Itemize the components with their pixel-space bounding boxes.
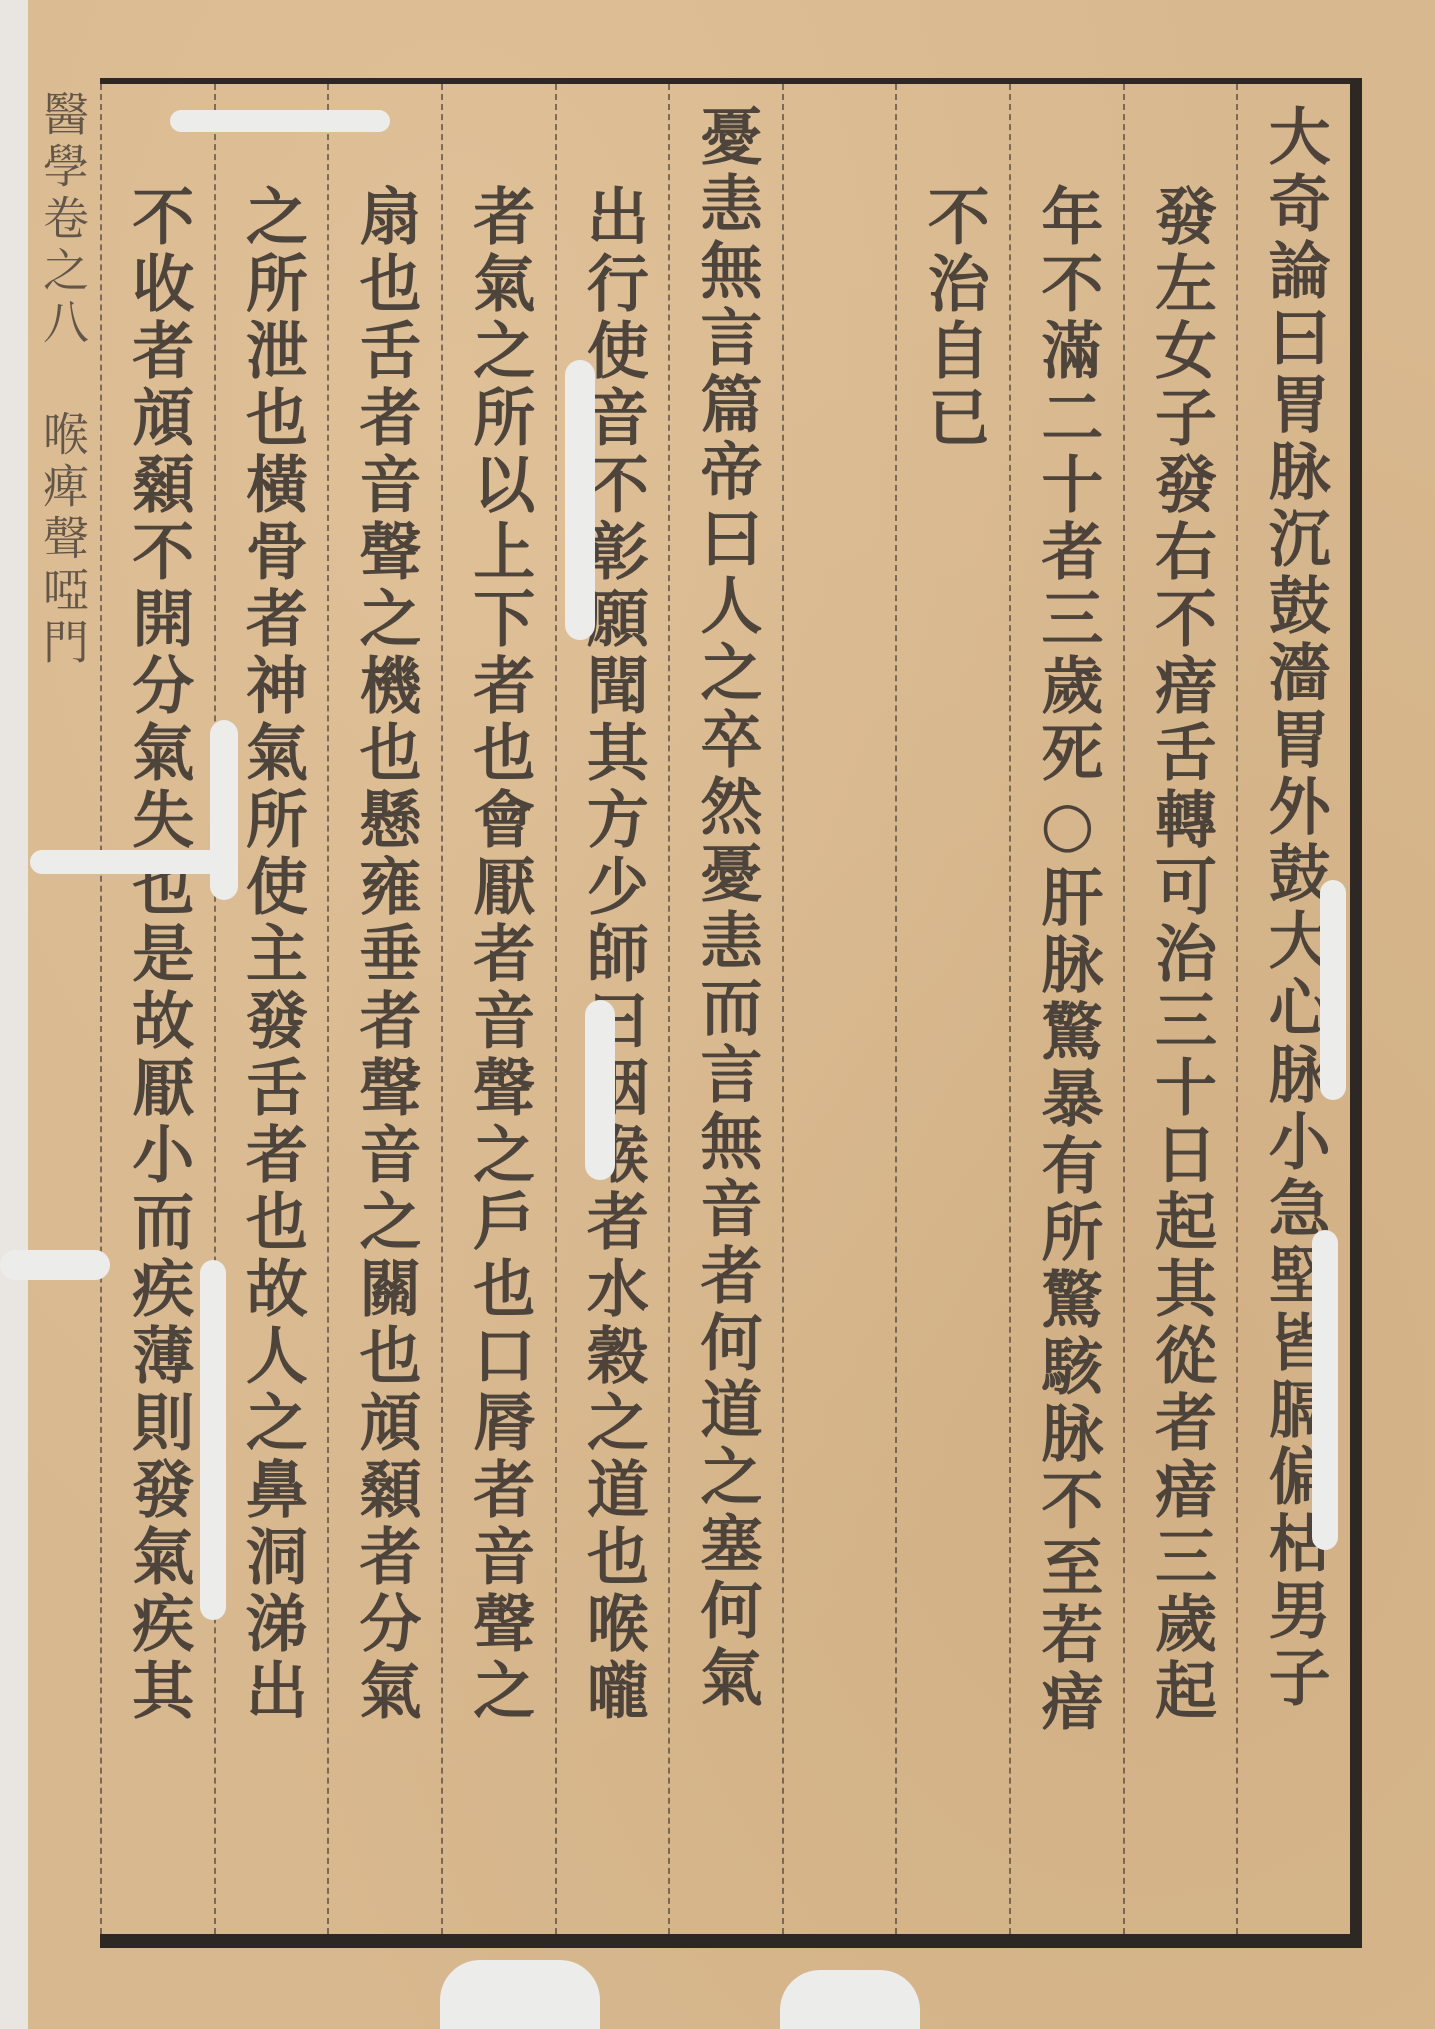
text-column-11: 不收者頏顙不開分氣失也是故厭小而疾薄則發氣疾其	[100, 84, 214, 1934]
paper-damage	[210, 720, 238, 900]
column-text: 發左女子發右不瘖舌轉可治三十日起其從者瘖三歲起	[1150, 104, 1212, 1934]
paper-damage	[585, 1000, 615, 1180]
text-column-10: 之所泄也橫骨者神氣所使主發舌者也故人之鼻洞涕出	[214, 84, 328, 1934]
column-text: 大奇論曰胃脉沉鼓濇胃外鼓大心脉小急堅皆膈偏枯男子	[1263, 104, 1325, 1934]
paper-damage	[0, 1250, 110, 1280]
column-text: 憂恚無言篇帝曰人之卒然憂恚而言無音者何道之塞何氣	[695, 104, 757, 1934]
column-text: 年不滿二十者三歲死○肝脉驚暴有所驚駭脉不至若瘖	[1036, 104, 1098, 1934]
paper-damage	[30, 850, 230, 874]
column-text: 扇也舌者音聲之機也懸雍垂者聲音之關也頏顙者分氣	[354, 104, 416, 1934]
text-column-6: 憂恚無言篇帝曰人之卒然憂恚而言無音者何道之塞何氣	[668, 84, 782, 1934]
column-text: 之所泄也橫骨者神氣所使主發舌者也故人之鼻洞涕出	[240, 104, 302, 1934]
text-column-5-blank	[782, 84, 896, 1934]
text-column-8: 者氣之所以上下者也會厭者音聲之戶也口脣者音聲之	[441, 84, 555, 1934]
text-column-4: 不治自已	[895, 84, 1009, 1934]
page-margin-fold: 醫學卷之八 喉痺聲啞門	[28, 90, 98, 1940]
paper-damage	[780, 1970, 920, 2029]
paper-damage	[440, 1960, 600, 2029]
column-text: 者氣之所以上下者也會厭者音聲之戶也口脣者音聲之	[468, 104, 530, 1934]
margin-label: 醫學卷之八 喉痺聲啞門	[30, 90, 96, 1940]
paper-damage	[565, 360, 595, 640]
column-text: 不收者頏顙不開分氣失也是故厭小而疾薄則發氣疾其	[127, 104, 189, 1934]
paper-damage	[1320, 880, 1346, 1100]
text-column-3: 年不滿二十者三歲死○肝脉驚暴有所驚駭脉不至若瘖	[1009, 84, 1123, 1934]
text-column-2: 發左女子發右不瘖舌轉可治三十日起其從者瘖三歲起	[1123, 84, 1237, 1934]
column-text: 不治自已	[922, 104, 984, 1934]
paper-damage	[1312, 1230, 1338, 1550]
text-column-9: 扇也舌者音聲之機也懸雍垂者聲音之關也頏顙者分氣	[327, 84, 441, 1934]
paper-damage	[170, 110, 390, 132]
text-columns: 大奇論曰胃脉沉鼓濇胃外鼓大心脉小急堅皆膈偏枯男子 發左女子發右不瘖舌轉可治三十日…	[100, 84, 1350, 1934]
paper-damage	[200, 1260, 226, 1620]
